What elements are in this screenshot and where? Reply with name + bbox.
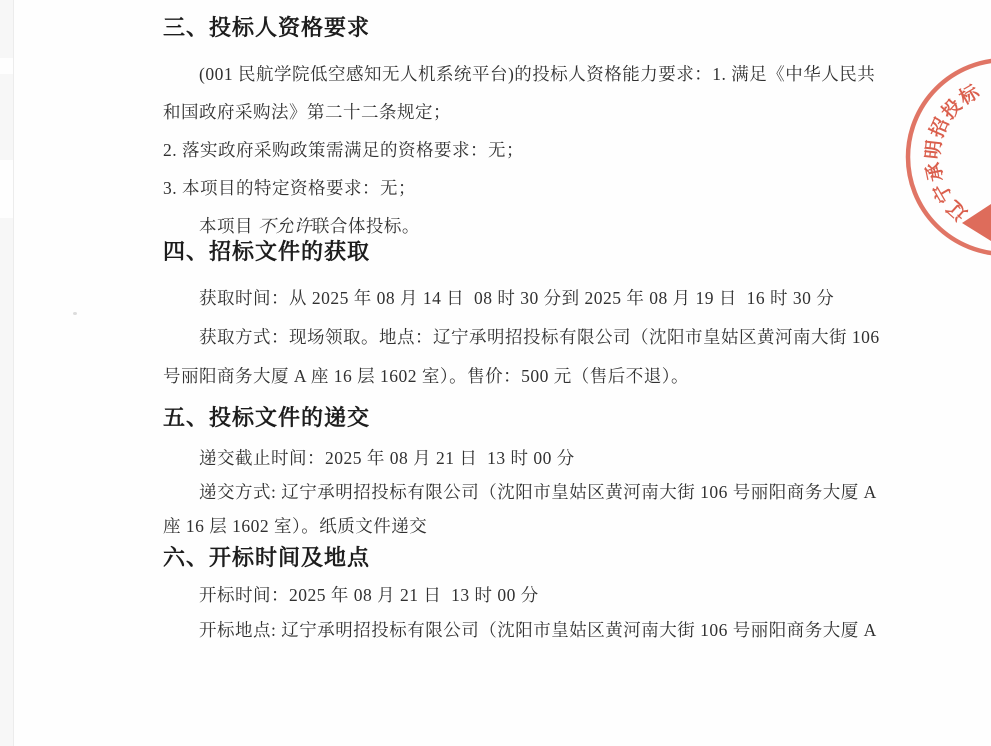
document-line: 递交截止时间：2025 年 08 月 21 日 13 时 00 分 <box>163 446 923 470</box>
scan-artifact <box>0 58 13 74</box>
section-heading: 六、开标时间及地点 <box>163 546 923 572</box>
emphasized-text: 不允许 <box>258 216 312 236</box>
section-heading: 三、投标人资格要求 <box>163 16 923 42</box>
document-body: 三、投标人资格要求(001 民航学院低空感知无人机系统平台)的投标人资格能力要求… <box>163 16 923 642</box>
document-line: 开标时间：2025 年 08 月 21 日 13 时 00 分 <box>163 583 923 607</box>
seal-star-ray <box>962 204 991 241</box>
document-line: 开标地点: 辽宁承明招投标有限公司（沈阳市皇姑区黄河南大街 106 号丽阳商务大… <box>163 618 923 642</box>
seal-char: 投 <box>937 94 967 124</box>
text-run: 联合体投标。 <box>312 216 420 236</box>
document-line: 3. 本项目的特定资格要求：无； <box>163 176 923 200</box>
scan-edge-strip <box>0 0 13 746</box>
document-line: 本项目 不允许联合体投标。 <box>163 214 923 238</box>
section-heading: 五、投标文件的递交 <box>163 406 923 432</box>
section-2: 四、招标文件的获取获取时间：从 2025 年 08 月 14 日 08 时 30… <box>163 240 923 388</box>
seal-char: 承 <box>922 160 947 183</box>
seal-text-arc: 辽宁承明招投标 <box>922 79 984 224</box>
seal-char: 宁 <box>929 179 958 206</box>
document-line: 和国政府采购法》第二十二条规定； <box>163 100 923 124</box>
section-1: 三、投标人资格要求(001 民航学院低空感知无人机系统平台)的投标人资格能力要求… <box>163 16 923 238</box>
section-4: 六、开标时间及地点开标时间：2025 年 08 月 21 日 13 时 00 分… <box>163 546 923 642</box>
document-line: 获取时间：从 2025 年 08 月 14 日 08 时 30 分到 2025 … <box>163 286 923 310</box>
section-3: 五、投标文件的递交递交截止时间：2025 年 08 月 21 日 13 时 00… <box>163 406 923 538</box>
text-run: 本项目 <box>199 216 258 236</box>
scan-artifact <box>0 160 13 218</box>
scan-edge-line <box>13 0 14 746</box>
document-line: 座 16 层 1602 室）。纸质文件递交 <box>163 514 923 538</box>
seal-char: 明 <box>922 139 946 160</box>
document-line: 获取方式：现场领取。地点：辽宁承明招投标有限公司（沈阳市皇姑区黄河南大街 106 <box>163 325 923 349</box>
document-line: 2. 落实政府采购政策需满足的资格要求：无； <box>163 138 923 162</box>
seal-char: 辽 <box>943 196 972 225</box>
seal-char: 标 <box>954 79 984 109</box>
scan-speck <box>73 312 77 315</box>
document-line: (001 民航学院低空感知无人机系统平台)的投标人资格能力要求：1. 满足《中华… <box>163 62 923 86</box>
seal-char: 招 <box>925 114 954 141</box>
document-line: 号丽阳商务大厦 A 座 16 层 1602 室）。售价：500 元（售后不退）。 <box>163 364 923 388</box>
section-heading: 四、招标文件的获取 <box>163 240 923 266</box>
scanned-document-page: 三、投标人资格要求(001 民航学院低空感知无人机系统平台)的投标人资格能力要求… <box>0 0 991 746</box>
document-line: 递交方式: 辽宁承明招投标有限公司（沈阳市皇姑区黄河南大街 106 号丽阳商务大… <box>163 480 923 504</box>
